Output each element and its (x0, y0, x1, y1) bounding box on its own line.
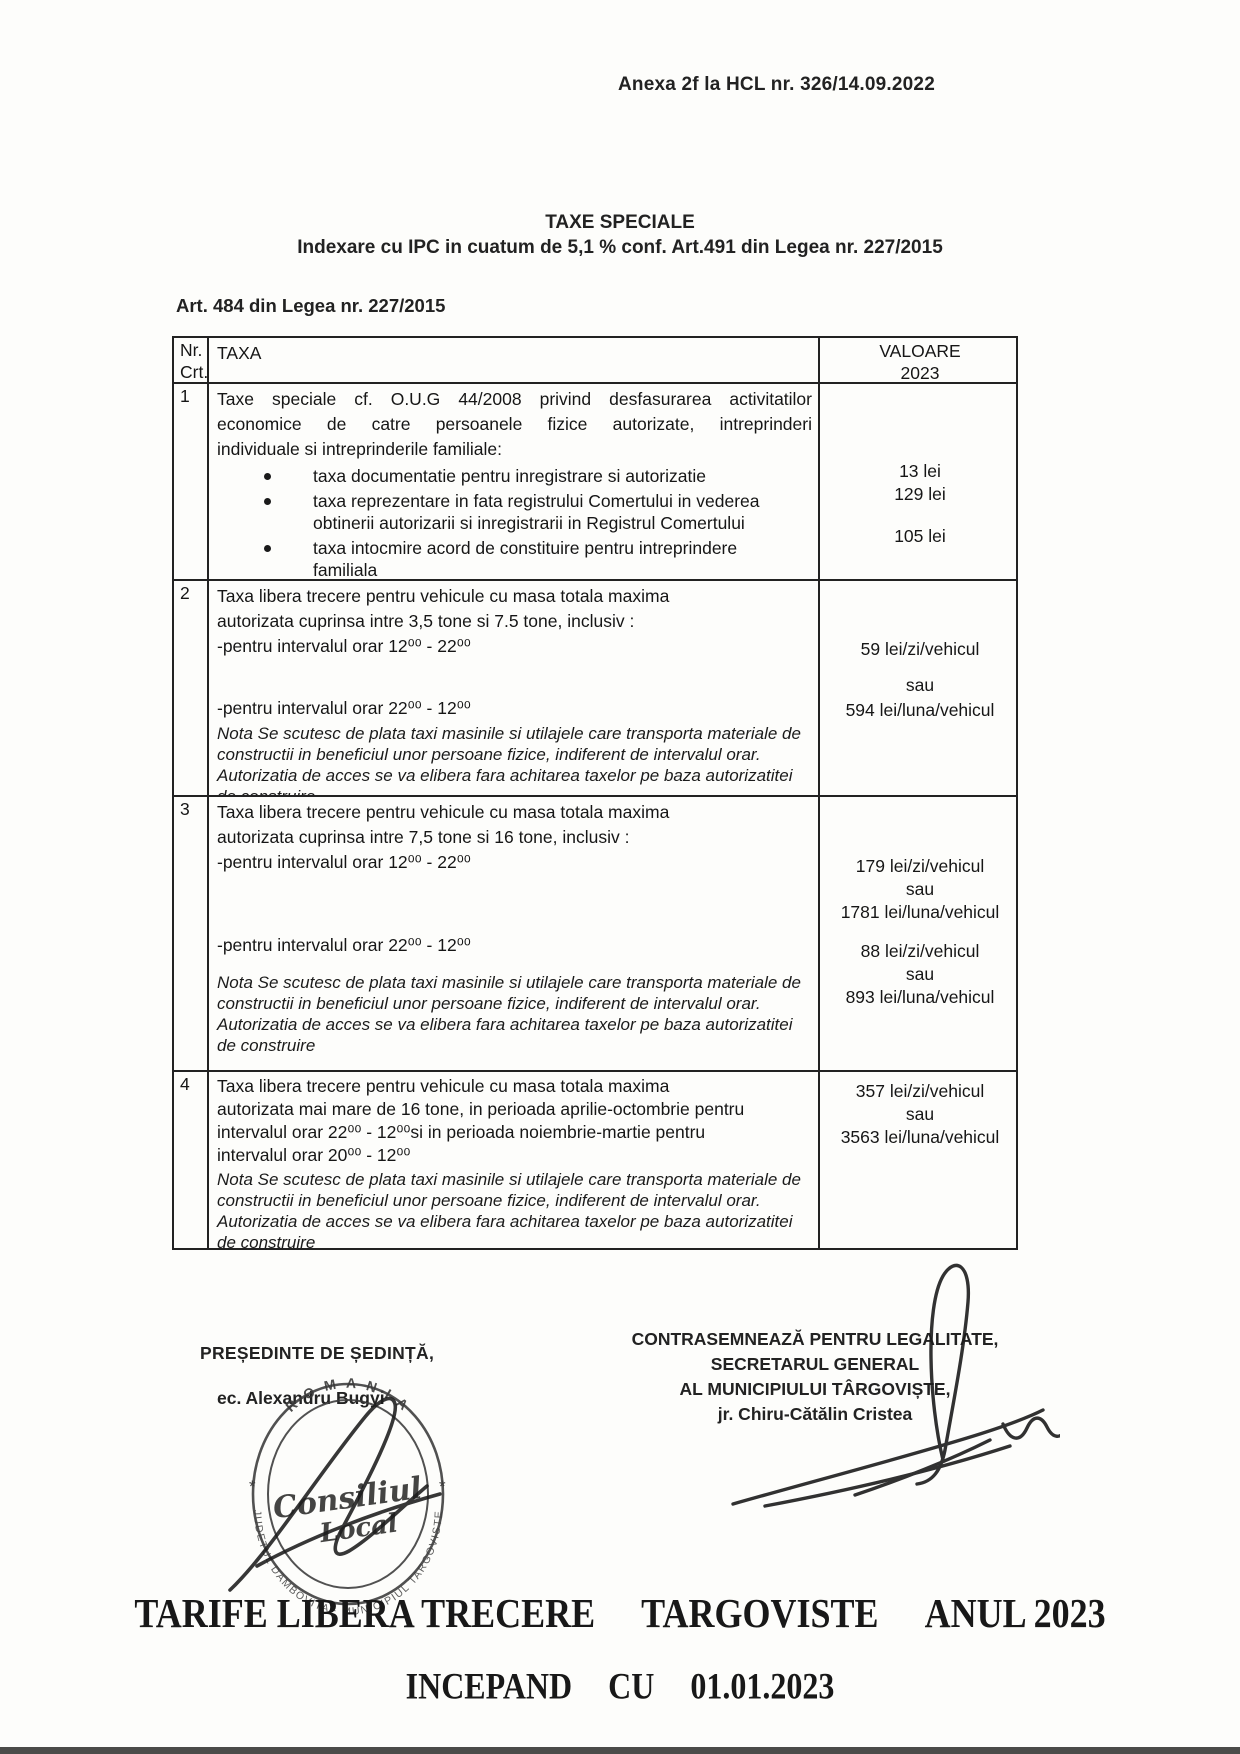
table-header-row: Nr. Crt. TAXA VALOARE 2023 (174, 338, 1016, 382)
official-stamp: R O M A N I A JUDETUL DAMBOVITA · MUNICI… (215, 1362, 475, 1617)
taxa-cell: Taxa libera trecere pentru vehicule cu m… (209, 797, 820, 1070)
taxa-cell: Taxa libera trecere pentru vehicule cu m… (209, 1072, 820, 1248)
nota-text: Nota Se scutesc de plata taxi masinile s… (217, 1169, 812, 1248)
footer-tariff-part: ANUL 2023 (925, 1589, 1106, 1637)
value-line: 129 lei (824, 483, 1016, 506)
value-line: 179 lei/zi/vehicul (824, 855, 1016, 878)
taxa-text-line: Taxe speciale cf. O.U.G 44/2008 privind … (217, 387, 812, 412)
value-line: 893 lei/luna/vehicul (824, 986, 1016, 1009)
secretary-signature (705, 1252, 1060, 1517)
value-cell: 357 lei/zi/vehicul sau 3563 lei/luna/veh… (820, 1072, 1020, 1248)
document-subtitle: Indexare cu IPC in cuatum de 5,1 % conf.… (0, 235, 1240, 260)
footer-start-part: CU (608, 1665, 654, 1708)
value-line: sau (824, 878, 1016, 901)
taxa-cell: Taxe speciale cf. O.U.G 44/2008 privind … (209, 384, 820, 579)
taxa-text-line: Taxa libera trecere pentru vehicule cu m… (217, 1075, 812, 1098)
footer-tariff-line: TARIFE LIBERA TRECERE TARGOVISTE ANUL 20… (0, 1589, 1240, 1637)
table-row-1: 1 Taxe speciale cf. O.U.G 44/2008 privin… (174, 382, 1016, 579)
taxa-text-line: -pentru intervalul orar 22⁰⁰ - 12⁰⁰ (217, 933, 812, 958)
value-cell: 179 lei/zi/vehicul sau 1781 lei/luna/veh… (820, 797, 1020, 1070)
title-block: TAXE SPECIALE Indexare cu IPC in cuatum … (0, 210, 1240, 260)
table-row-4: 4 Taxa libera trecere pentru vehicule cu… (174, 1070, 1016, 1248)
table-row-2: 2 Taxa libera trecere pentru vehicule cu… (174, 579, 1016, 795)
footer-tariff-part: TARIFE LIBERA TRECERE (134, 1589, 595, 1637)
col-header-nr: Nr. Crt. (174, 338, 209, 382)
document-page: Anexa 2f la HCL nr. 326/14.09.2022 TAXE … (0, 0, 1240, 1754)
bullet-icon (264, 498, 271, 505)
value-cell: 13 lei 129 lei 105 lei (820, 384, 1020, 579)
value-line: 13 lei (824, 460, 1016, 483)
bullet-icon (264, 545, 271, 552)
value-line: 105 lei (824, 525, 1016, 548)
taxa-text-line: individuale si intreprinderile familiale… (217, 437, 812, 462)
document-title: TAXE SPECIALE (0, 210, 1240, 235)
row-number: 2 (174, 581, 209, 795)
footer-tariff-part: TARGOVISTE (641, 1589, 878, 1637)
taxa-text-line: intervalul orar 20⁰⁰ - 12⁰⁰ (217, 1144, 812, 1167)
taxa-text-line: autorizata cuprinsa intre 7,5 tone si 16… (217, 825, 812, 850)
law-reference: Art. 484 din Legea nr. 227/2015 (176, 295, 445, 317)
annex-reference: Anexa 2f la HCL nr. 326/14.09.2022 (618, 74, 935, 96)
row-number: 3 (174, 797, 209, 1070)
value-line: sau (824, 1103, 1016, 1126)
taxa-text-line: economice de catre persoanele fizice aut… (217, 412, 812, 437)
footer-start-line: INCEPAND CU 01.01.2023 (0, 1665, 1240, 1708)
row-number: 4 (174, 1072, 209, 1248)
taxa-text-line: intervalul orar 22⁰⁰ - 12⁰⁰si in perioad… (217, 1121, 812, 1144)
footer-start-part: 01.01.2023 (690, 1665, 834, 1708)
taxa-text-line: autorizata cuprinsa intre 3,5 tone si 7.… (217, 609, 812, 634)
table-row-3: 3 Taxa libera trecere pentru vehicule cu… (174, 795, 1016, 1070)
bullet-text: taxa reprezentare in fata registrului Co… (313, 490, 812, 512)
value-line: sau (824, 963, 1016, 986)
taxa-text-line: -pentru intervalul orar 12⁰⁰ - 22⁰⁰ (217, 634, 812, 659)
value-line: 357 lei/zi/vehicul (824, 1080, 1016, 1103)
bullet-text: obtinerii autorizarii si inregistrarii i… (313, 512, 812, 534)
value-line: 59 lei/zi/vehicul (824, 637, 1016, 662)
nota-text: Nota Se scutesc de plata taxi masinile s… (217, 972, 812, 1056)
taxa-cell: Taxa libera trecere pentru vehicule cu m… (209, 581, 820, 795)
taxa-text-line: -pentru intervalul orar 22⁰⁰ - 12⁰⁰ (217, 696, 812, 721)
scan-edge (0, 1747, 1240, 1754)
bullet-item: taxa intocmire acord de constituire pent… (217, 537, 812, 579)
value-line: 1781 lei/luna/vehicul (824, 901, 1016, 924)
bullet-item: taxa documentatie pentru inregistrare si… (217, 465, 812, 487)
row-number: 1 (174, 384, 209, 579)
taxa-text-line: autorizata mai mare de 16 tone, in perio… (217, 1098, 812, 1121)
col-header-valoare: VALOARE 2023 (820, 338, 1020, 382)
value-line: 88 lei/zi/vehicul (824, 940, 1016, 963)
value-line: 594 lei/luna/vehicul (824, 698, 1016, 723)
stamp-star-left-icon: * (249, 1477, 256, 1496)
col-header-taxa: TAXA (209, 338, 820, 382)
taxa-text-line: Taxa libera trecere pentru vehicule cu m… (217, 800, 812, 825)
bullet-text: taxa documentatie pentru inregistrare si… (313, 466, 706, 486)
tax-table: Nr. Crt. TAXA VALOARE 2023 1 Taxe specia… (172, 336, 1018, 1250)
bullet-item: taxa reprezentare in fata registrului Co… (217, 490, 812, 534)
value-line: sau (824, 673, 1016, 698)
value-line: 3563 lei/luna/vehicul (824, 1126, 1016, 1149)
president-title: PREȘEDINTE DE ȘEDINȚĂ, (200, 1343, 434, 1364)
taxa-text-line: -pentru intervalul orar 12⁰⁰ - 22⁰⁰ (217, 850, 812, 875)
bullet-icon (264, 473, 271, 480)
nota-text: Nota Se scutesc de plata taxi masinile s… (217, 723, 812, 795)
taxa-text-line: Taxa libera trecere pentru vehicule cu m… (217, 584, 812, 609)
bullet-text: taxa intocmire acord de constituire pent… (313, 537, 812, 559)
value-cell: 59 lei/zi/vehicul sau 594 lei/luna/vehic… (820, 581, 1020, 795)
footer-start-part: INCEPAND (406, 1665, 573, 1708)
bullet-text: familiala (313, 559, 812, 579)
